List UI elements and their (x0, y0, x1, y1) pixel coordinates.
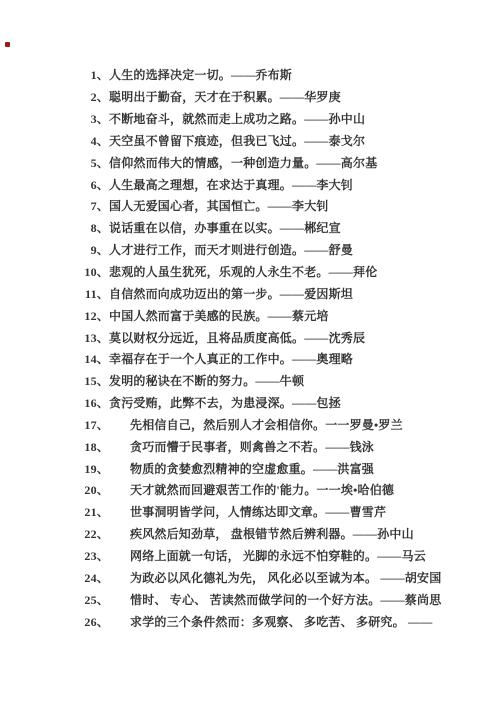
quote-row: 24、 为政必以风化德礼为先， 风化必以至诚为本。 ——胡安国 (0, 566, 500, 588)
quote-row: 18、 贪巧而懵于民事者，则禽兽之不若。——钱泳 (0, 435, 500, 457)
quote-number: 12、 (82, 307, 109, 324)
quote-text: 贪污受贿，此弊不去，为患浸深。——包拯 (109, 394, 341, 411)
quote-text: 贪巧而懵于民事者，则禽兽之不若。——钱泳 (130, 438, 374, 455)
quote-text: 聪明出于勤奋，天才在于积累。——华罗庚 (109, 88, 341, 105)
quote-text: 信仰然而伟大的情感，一种创造力量。——高尔基 (109, 154, 377, 171)
quote-row: 13、 莫以财权分远近，且将品质度高低。——沈秀辰 (0, 326, 500, 348)
quote-row: 15、 发明的秘诀在不断的努力。——牛顿 (0, 370, 500, 392)
quote-number: 24、 (82, 569, 109, 586)
quote-number: 8、 (82, 219, 109, 236)
quote-number: 14、 (82, 350, 109, 367)
quote-row: 21、 世事洞明皆学问，人情练达即文章。——曹雪芹 (0, 501, 500, 523)
quote-number: 7、 (82, 197, 109, 214)
quote-text: 世事洞明皆学问，人情练达即文章。——曹雪芹 (130, 503, 386, 520)
quote-text: 人生最高之理想，在求达于真理。——李大钊 (109, 176, 353, 193)
quote-number: 9、 (82, 241, 109, 258)
quote-number: 23、 (82, 547, 109, 564)
quote-text: 幸福存在于一个人真正的工作中。——奥理略 (109, 350, 353, 367)
quote-text: 莫以财权分远近，且将品质度高低。——沈秀辰 (109, 329, 365, 346)
quote-row: 22、 疾风然后知劲草， 盘根错节然后辨利器。——孙中山 (0, 523, 500, 545)
quote-number: 1、 (82, 66, 109, 83)
red-dot-artifact (5, 42, 10, 47)
quote-row: 9、 人才进行工作，而天才则进行创造。——舒曼 (0, 239, 500, 261)
quote-number: 2、 (82, 88, 109, 105)
quote-number: 19、 (82, 460, 109, 477)
quote-text: 天才就然而回避艰苦工作的'能力。一一埃•哈伯德 (130, 481, 394, 498)
quote-text: 悲观的人虽生犹死，乐观的人永生不老。——拜伦 (109, 263, 377, 280)
quote-number: 5、 (82, 154, 109, 171)
quote-row: 2、 聪明出于勤奋，天才在于积累。——华罗庚 (0, 86, 500, 108)
quote-row: 3、 不断地奋斗，就然而走上成功之路。——孙中山 (0, 108, 500, 130)
quote-text: 天空虽不曾留下痕迹，但我已飞过。——泰戈尔 (109, 132, 365, 149)
quote-number: 17、 (82, 416, 109, 433)
quote-number: 16、 (82, 394, 109, 411)
quote-number: 18、 (82, 438, 109, 455)
quote-row: 26、 求学的三个条件然而：多观察、 多吃苦、 多研究。 —— (0, 610, 500, 632)
quote-number: 21、 (82, 503, 109, 520)
quote-row: 7、 国人无爱国心者，其国恒亡。——李大钊 (0, 195, 500, 217)
quote-number: 4、 (82, 132, 109, 149)
quote-text: 说话重在以信，办事重在以实。——郴纪宣 (109, 219, 341, 236)
quote-number: 26、 (82, 613, 109, 630)
quote-text: 发明的秘诀在不断的努力。——牛顿 (109, 372, 304, 389)
quote-row: 4、 天空虽不曾留下痕迹，但我已飞过。——泰戈尔 (0, 130, 500, 152)
quote-number: 10、 (82, 263, 109, 280)
quote-text: 中国人然而富于美感的民族。——蔡元培 (109, 307, 329, 324)
quote-row: 17、 先相信自己，然后别人才会相信你。一一罗曼•罗兰 (0, 414, 500, 436)
quote-number: 13、 (82, 329, 109, 346)
quote-row: 6、 人生最高之理想，在求达于真理。——李大钊 (0, 173, 500, 195)
quote-text: 网络上面就一句话， 光脚的永远不怕穿鞋的。——马云 (130, 547, 426, 564)
quote-text: 为政必以风化德礼为先， 风化必以至诚为本。 ——胡安国 (130, 569, 441, 586)
quote-text: 惜时、 专心、 苦读然而做学问的一个好方法。——蔡尚思 (130, 591, 441, 608)
quote-number: 20、 (82, 481, 109, 498)
quote-number: 25、 (82, 591, 109, 608)
quote-list: 1、 人生的选择决定一切。——乔布斯 2、 聪明出于勤奋，天才在于积累。——华罗… (0, 64, 500, 632)
quote-text: 物质的贪婪愈烈精神的空虚愈重。——洪富强 (130, 460, 374, 477)
quote-row: 1、 人生的选择决定一切。——乔布斯 (0, 64, 500, 86)
quote-row: 19、 物质的贪婪愈烈精神的空虚愈重。——洪富强 (0, 457, 500, 479)
quote-row: 8、 说话重在以信，办事重在以实。——郴纪宣 (0, 217, 500, 239)
quote-row: 12、 中国人然而富于美感的民族。——蔡元培 (0, 304, 500, 326)
quote-text: 求学的三个条件然而：多观察、 多吃苦、 多研究。 —— (130, 613, 432, 630)
quote-number: 6、 (82, 176, 109, 193)
quote-number: 15、 (82, 372, 109, 389)
quote-text: 自信然而向成功迈出的第一步。——爱因斯坦 (109, 285, 353, 302)
quote-row: 16、 贪污受贿，此弊不去，为患浸深。——包拯 (0, 392, 500, 414)
quote-text: 国人无爱国心者，其国恒亡。——李大钊 (109, 197, 329, 214)
quote-number: 11、 (82, 285, 109, 302)
quote-number: 3、 (82, 110, 109, 127)
quote-row: 11、 自信然而向成功迈出的第一步。——爱因斯坦 (0, 282, 500, 304)
quote-number: 22、 (82, 525, 109, 542)
quote-row: 23、 网络上面就一句话， 光脚的永远不怕穿鞋的。——马云 (0, 545, 500, 567)
document-page: 1、 人生的选择决定一切。——乔布斯 2、 聪明出于勤奋，天才在于积累。——华罗… (0, 0, 500, 707)
quote-text: 人才进行工作，而天才则进行创造。——舒曼 (109, 241, 353, 258)
quote-text: 人生的选择决定一切。——乔布斯 (109, 66, 292, 83)
quote-text: 先相信自己，然后别人才会相信你。一一罗曼•罗兰 (130, 416, 403, 433)
quote-row: 5、 信仰然而伟大的情感，一种创造力量。——高尔基 (0, 151, 500, 173)
quote-row: 10、 悲观的人虽生犹死，乐观的人永生不老。——拜伦 (0, 261, 500, 283)
quote-text: 疾风然后知劲草， 盘根错节然后辨利器。——孙中山 (130, 525, 414, 542)
quote-row: 14、 幸福存在于一个人真正的工作中。——奥理略 (0, 348, 500, 370)
quote-row: 20、 天才就然而回避艰苦工作的'能力。一一埃•哈伯德 (0, 479, 500, 501)
quote-text: 不断地奋斗，就然而走上成功之路。——孙中山 (109, 110, 365, 127)
quote-row: 25、 惜时、 专心、 苦读然而做学问的一个好方法。——蔡尚思 (0, 588, 500, 610)
